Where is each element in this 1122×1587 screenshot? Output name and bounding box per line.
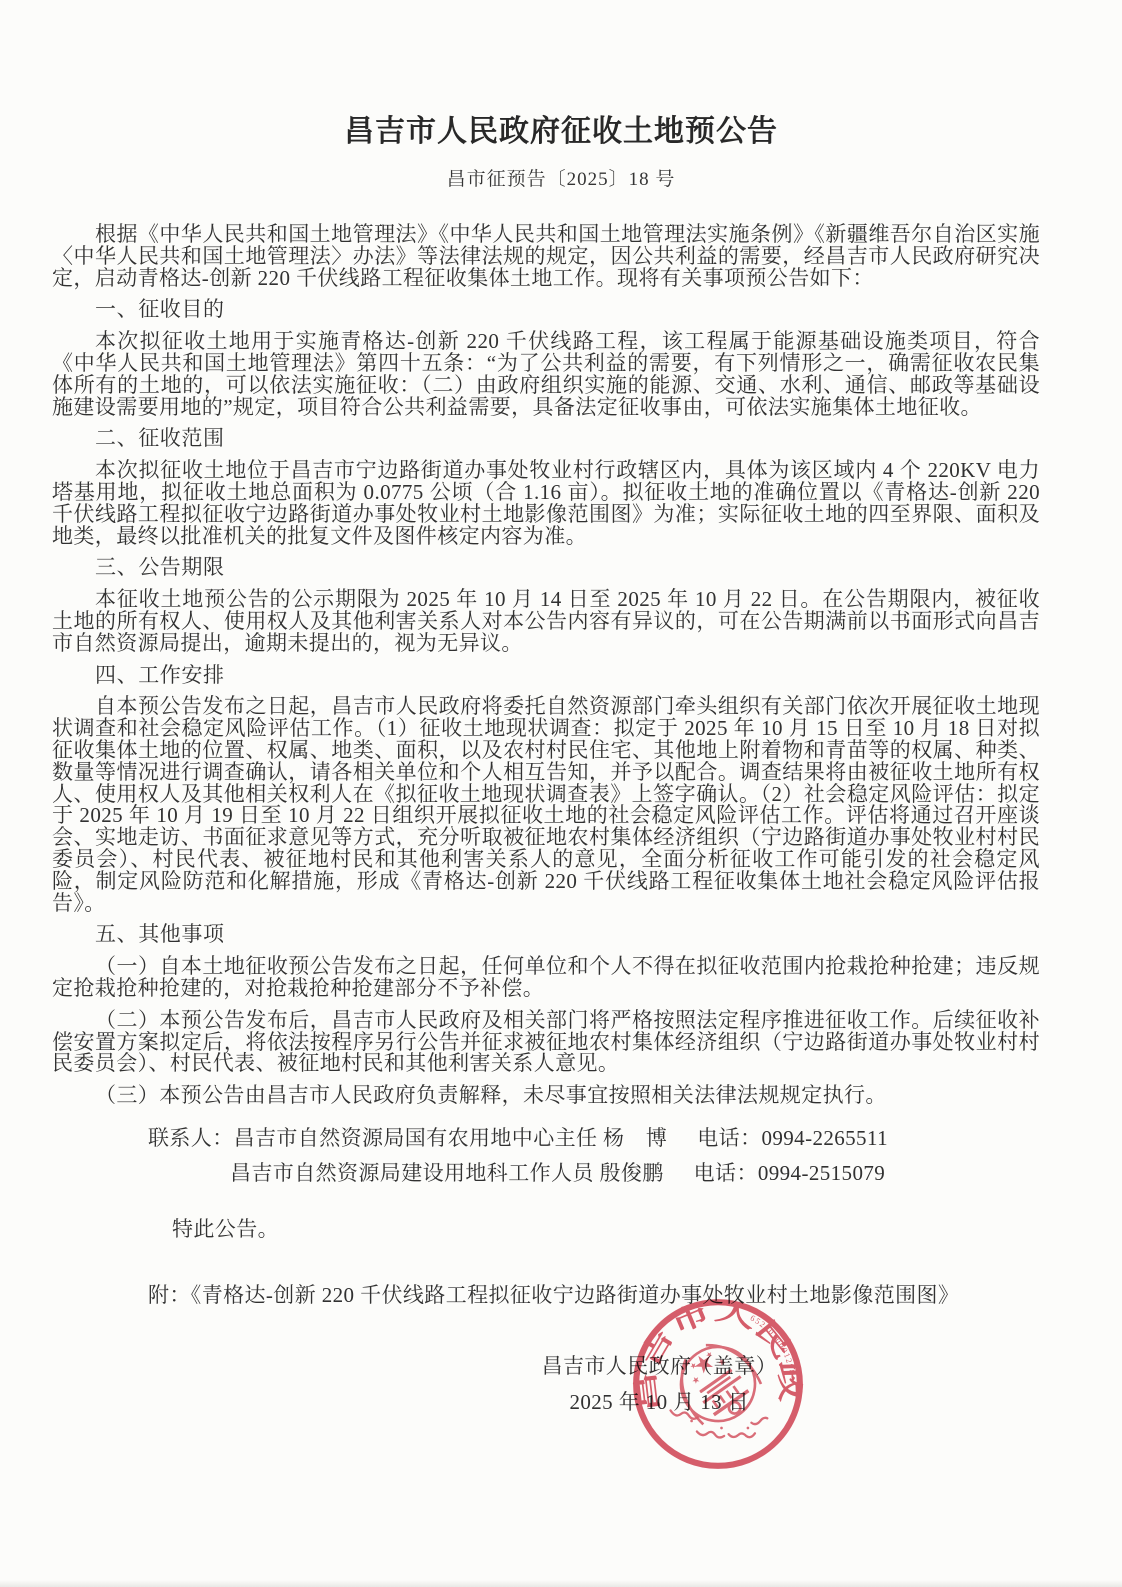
- national-emblem-icon: [666, 1331, 770, 1435]
- document-body: 根据《中华人民共和国土地管理法》《中华人民共和国土地管理法实施条例》《新疆维吾尔…: [52, 224, 1040, 1420]
- document-page: 昌吉市人民政府征收土地预公告 昌市征预告〔2025〕18 号 根据《中华人民共和…: [0, 0, 1122, 1587]
- section-heading-2: 二、征收范围: [52, 428, 1040, 450]
- contact-label: 联系人：: [148, 1126, 234, 1150]
- contact-phone: 0994-2265511: [761, 1126, 888, 1150]
- contact-phone: 0994-2515079: [758, 1161, 885, 1185]
- section-paragraph: 本次拟征收土地位于昌吉市宁边路街道办事处牧业村行政辖区内，具体为该区域内 4 个…: [52, 460, 1040, 547]
- section-paragraph: （三）本预公告由昌吉市人民政府负责解释，未尽事宜按照相关法律法规规定执行。: [52, 1085, 1040, 1107]
- official-seal: 昌吉市人民政府 6523010001298: [630, 1296, 806, 1472]
- document-title: 昌吉市人民政府征收土地预公告: [0, 0, 1122, 150]
- section-heading-5: 五、其他事项: [52, 924, 1040, 946]
- section-paragraph: 本次拟征收土地用于实施青格达-创新 220 千伏线路工程，该工程属于能源基础设施…: [52, 331, 1040, 418]
- section-paragraph: （一）自本土地征收预公告发布之日起，任何单位和个人不得在拟征收范围内抢栽抢种抢建…: [52, 956, 1040, 1000]
- seal-uyghur-script: [670, 1410, 767, 1437]
- contact-phone-label: 电话：: [694, 1161, 758, 1185]
- contact-name: 昌吉市自然资源局国有农用地中心主任 杨 博: [234, 1126, 668, 1150]
- intro-paragraph: 根据《中华人民共和国土地管理法》《中华人民共和国土地管理法实施条例》《新疆维吾尔…: [52, 224, 1040, 289]
- contact-line: 联系人：昌吉市自然资源局国有农用地中心主任 杨 博电话：0994-2265511: [148, 1121, 1040, 1156]
- section-heading-1: 一、征收目的: [52, 299, 1040, 321]
- contact-line: 昌吉市自然资源局建设用地科工作人员 殷俊鹏电话：0994-2515079: [148, 1156, 1040, 1191]
- contact-name: 昌吉市自然资源局建设用地科工作人员 殷俊鹏: [230, 1161, 664, 1185]
- contact-phone-label: 电话：: [697, 1126, 761, 1150]
- attachment-line: 附：《青格达-创新 220 千伏线路工程拟征收宁边路街道办事处牧业村土地影像范围…: [148, 1285, 1040, 1307]
- section-paragraph: 自本预公告发布之日起，昌吉市人民政府将委托自然资源部门牵头组织有关部门依次开展征…: [52, 696, 1040, 914]
- section-paragraph: （二）本预公告发布后，昌吉市人民政府及相关部门将严格按照法定程序推进征收工作。后…: [52, 1010, 1040, 1075]
- seal-ring-text: 昌吉市人民政府: [630, 1296, 805, 1414]
- section-heading-3: 三、公告期限: [52, 557, 1040, 579]
- contact-block: 联系人：昌吉市自然资源局国有农用地中心主任 杨 博电话：0994-2265511…: [148, 1121, 1040, 1191]
- closing-line: 特此公告。: [172, 1219, 1040, 1241]
- section-heading-4: 四、工作安排: [52, 665, 1040, 687]
- section-paragraph: 本征收土地预公告的公示期限为 2025 年 10 月 14 日至 2025 年 …: [52, 589, 1040, 654]
- doc-number: 昌市征预告〔2025〕18 号: [0, 164, 1122, 191]
